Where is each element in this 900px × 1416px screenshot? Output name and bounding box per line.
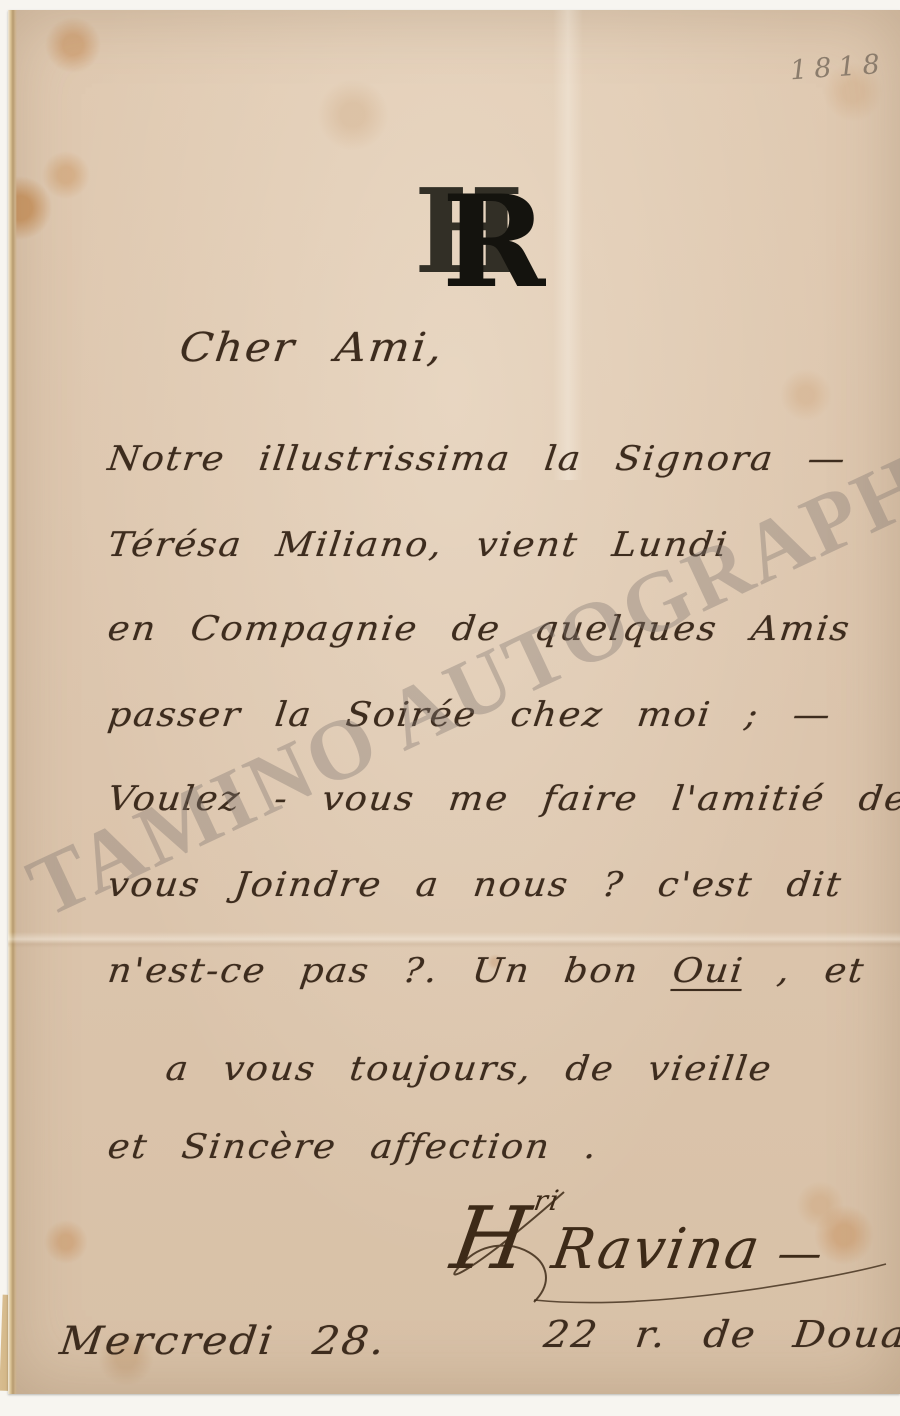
vertical-crease [553, 10, 583, 480]
signature-dash: — [774, 1228, 826, 1279]
date-line: Mercredi 28. [58, 1322, 389, 1361]
salutation: Cher Ami, [178, 328, 447, 368]
letter-line: a vous toujours, de vieille [164, 1052, 775, 1086]
letter-line: vous Joindre a nous ? c'est dit [106, 868, 844, 902]
line-text-pre: n'est-ce pas ?. Un bon [106, 951, 676, 991]
scan-background: 1818 H R Cher Ami, Notre illustrissima l… [0, 0, 900, 1416]
address-line: 22 r. de Douai [542, 1316, 900, 1353]
line-text-post: , et [741, 951, 867, 991]
signature-text: HriRavina— [446, 1184, 833, 1282]
page-fold-edge [8, 10, 17, 1394]
signature-name: Ravina [548, 1217, 766, 1282]
monogram-hr: H R [406, 156, 546, 308]
monogram-letter-r: R [442, 168, 546, 308]
letter-line: Voulez - vous me faire l'amitié de [106, 782, 900, 816]
catalog-number: 1818 [789, 49, 888, 87]
letter-line: en Compagnie de quelques Amis [106, 612, 853, 646]
letter-paper: 1818 H R Cher Ami, Notre illustrissima l… [8, 10, 900, 1394]
signature: HriRavina— [436, 1178, 876, 1318]
letter-line: Térésa Miliano, vient Lundi [106, 528, 730, 562]
letter-line: et Sincère affection . [106, 1130, 600, 1164]
letter-line: passer la Soirée chez moi ; — [106, 698, 834, 732]
letter-line: Notre illustrissima la Signora — [106, 442, 849, 476]
letter-line: n'est-ce pas ?. Un bon Oui , et [106, 954, 867, 988]
signature-initial: H [445, 1189, 536, 1289]
underlined-word-oui: Oui [670, 951, 746, 991]
signature-superscript: ri [532, 1184, 564, 1217]
monogram-svg: H R [406, 156, 546, 308]
horizontal-crease [8, 932, 900, 948]
